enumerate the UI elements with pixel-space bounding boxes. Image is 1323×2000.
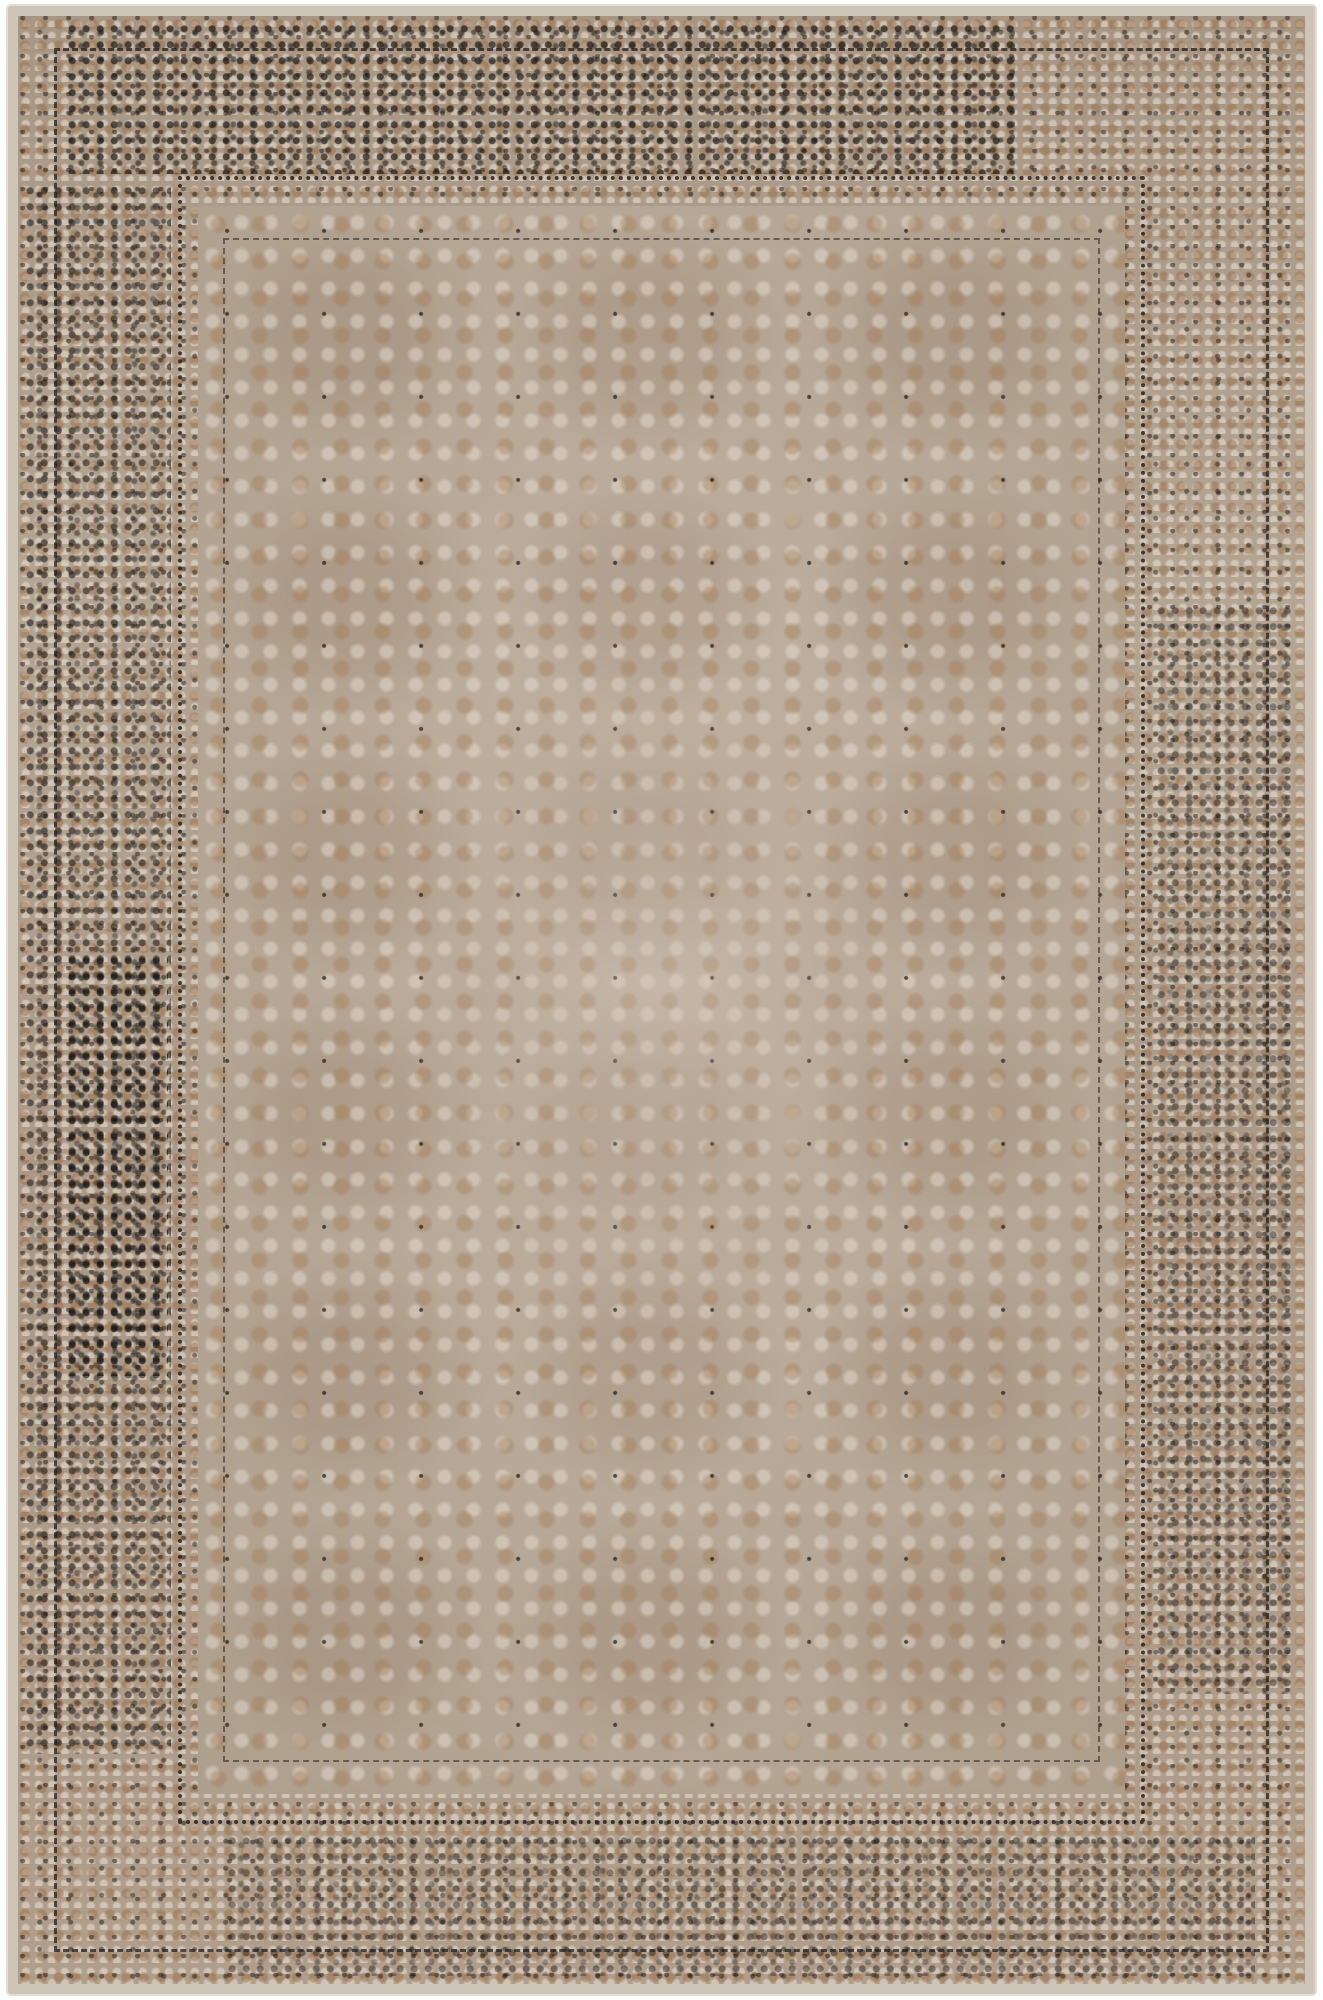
field-frame-line <box>223 238 1100 1762</box>
rug-photo <box>8 6 1315 1994</box>
